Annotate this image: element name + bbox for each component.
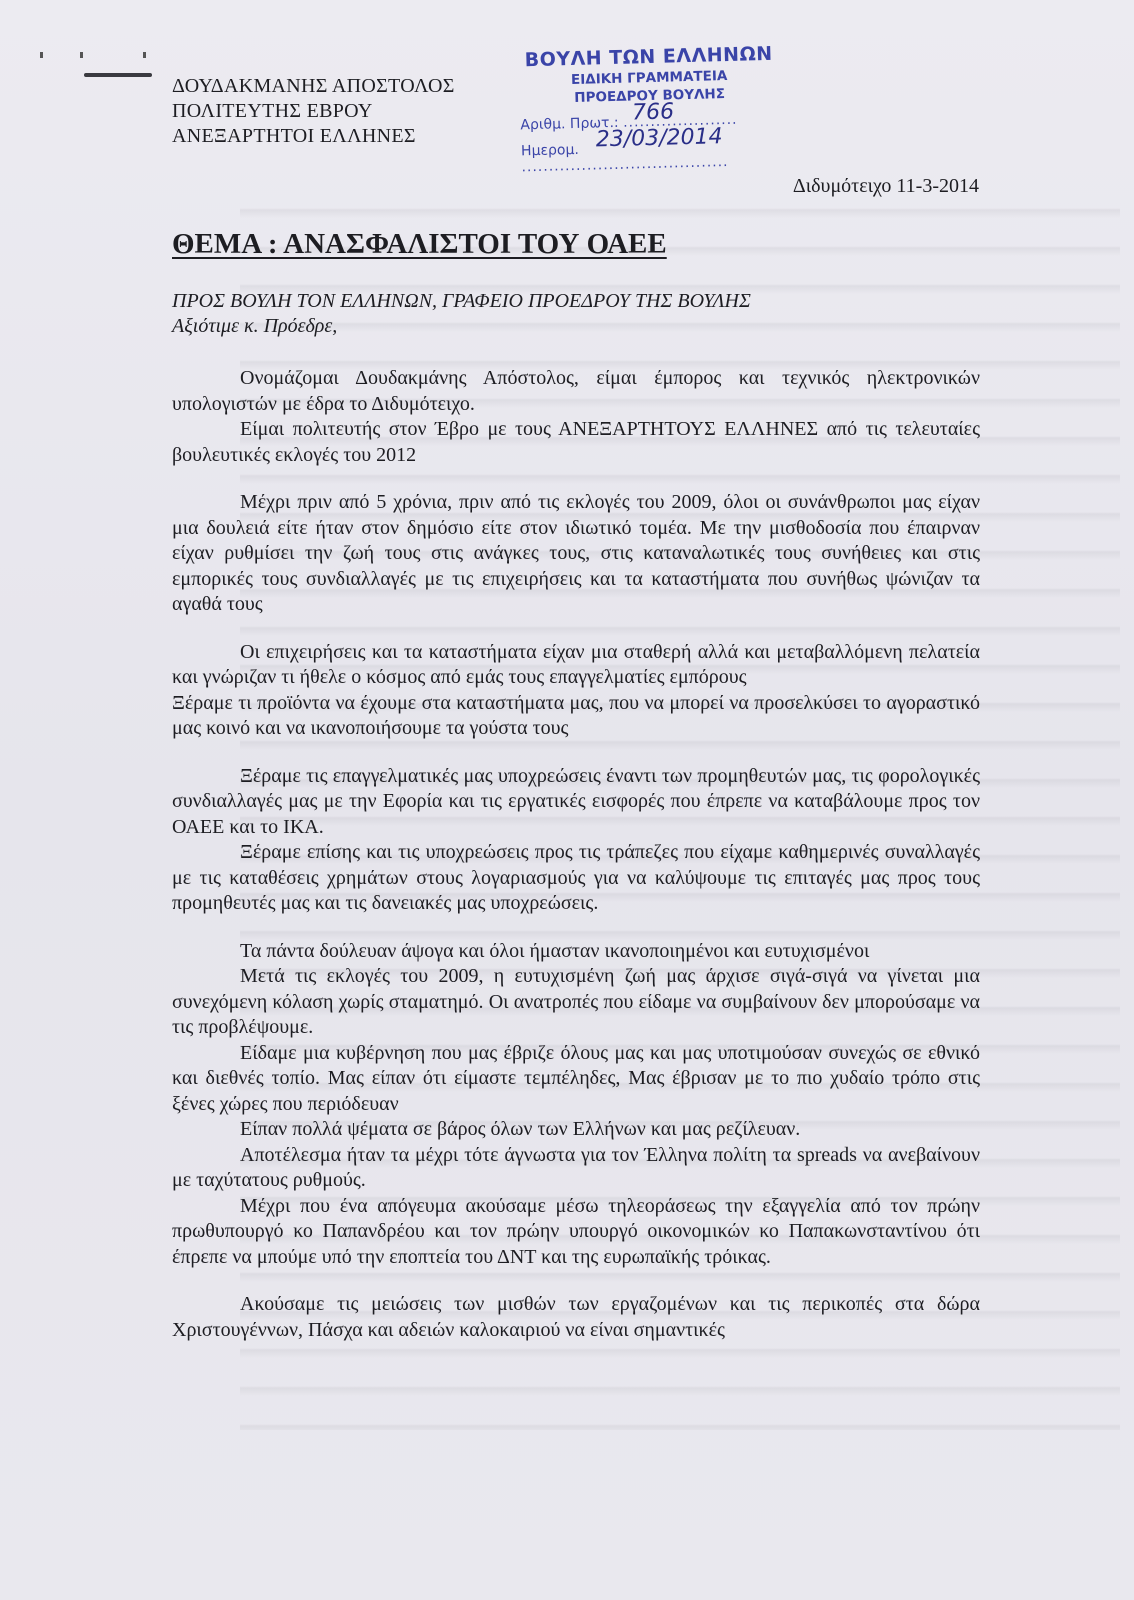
- paragraph: Είπαν πολλά ψέματα σε βάρος όλων των Ελλ…: [172, 1117, 980, 1143]
- paragraph: Είδαμε μια κυβέρνηση που μας έβριζε όλου…: [172, 1041, 980, 1118]
- paragraph: Ξέραμε τις επαγγελματικές μας υποχρεώσει…: [172, 764, 980, 841]
- salutation: Αξιότιμε κ. Πρόεδρε,: [172, 315, 337, 338]
- place-and-date: Διδυμότειχο 11-3-2014: [793, 175, 979, 198]
- staple-marks: [38, 52, 148, 62]
- sender-block: ΔΟΥΔΑΚΜΑΝΗΣ ΑΠΟΣΤΟΛΟΣ ΠΟΛΙΤΕΥΤΗΣ ΕΒΡΟΥ Α…: [172, 74, 455, 149]
- letter-body: Ονομάζομαι Δουδακμάνης Απόστολος, είμαι …: [172, 366, 980, 1343]
- staple-icon: [84, 73, 152, 77]
- paragraph: Αποτέλεσμα ήταν τα μέχρι τότε άγνωστα γι…: [172, 1143, 980, 1194]
- stamp-date-label: Ημερομ.: [521, 142, 579, 160]
- stamp-date-row: Ημερομ. ................................…: [521, 137, 782, 176]
- paragraph: Ξέραμε επίσης και τις υποχρεώσεις προς τ…: [172, 840, 980, 917]
- paragraph: Οι επιχειρήσεις και τα καταστήματα είχαν…: [172, 640, 980, 691]
- sender-role: ΠΟΛΙΤΕΥΤΗΣ ΕΒΡΟΥ: [172, 99, 455, 124]
- paragraph: Είμαι πολιτευτής στον Έβρο με τους ΑΝΕΞΑ…: [172, 417, 980, 468]
- paragraph: Μέχρι που ένα απόγευμα ακούσαμε μέσω τηλ…: [172, 1194, 980, 1271]
- parliament-stamp: ΒΟΥΛΗ ΤΩΝ ΕΛΛΗΝΩΝ ΕΙΔΙΚΗ ΓΡΑΜΜΑΤΕΙΑ ΠΡΟΕ…: [518, 43, 781, 176]
- paragraph: Ξέραμε τι προϊόντα να έχουμε στα καταστή…: [172, 691, 980, 742]
- subject-heading: ΘΕΜΑ : ΑΝΑΣΦΑΛΙΣΤΟΙ ΤΟΥ ΟΑΕΕ: [172, 228, 667, 261]
- paragraph: Ονομάζομαι Δουδακμάνης Απόστολος, είμαι …: [172, 366, 980, 417]
- stamp-date-value: 23/03/2014: [595, 124, 722, 152]
- stamp-protocol-value: 766: [632, 99, 675, 125]
- sender-name: ΔΟΥΔΑΚΜΑΝΗΣ ΑΠΟΣΤΟΛΟΣ: [172, 74, 455, 99]
- recipient-line: ΠΡΟΣ ΒΟΥΛΗ ΤΟΝ ΕΛΛΗΝΩΝ, ΓΡΑΦΕΙΟ ΠΡΟΕΔΡΟΥ…: [172, 290, 751, 313]
- paragraph: Τα πάντα δούλευαν άψογα και όλοι ήμασταν…: [172, 939, 980, 965]
- scanned-letter-page: ΔΟΥΔΑΚΜΑΝΗΣ ΑΠΟΣΤΟΛΟΣ ΠΟΛΙΤΕΥΤΗΣ ΕΒΡΟΥ Α…: [0, 0, 1134, 1600]
- paragraph: Ακούσαμε τις μειώσεις των μισθών των εργ…: [172, 1292, 980, 1343]
- paragraph: Μετά τις εκλογές του 2009, η ευτυχισμένη…: [172, 964, 980, 1041]
- sender-party: ΑΝΕΞΑΡΤΗΤΟΙ ΕΛΛΗΝΕΣ: [172, 124, 455, 149]
- paragraph: Μέχρι πριν από 5 χρόνια, πριν από τις εκ…: [172, 490, 980, 618]
